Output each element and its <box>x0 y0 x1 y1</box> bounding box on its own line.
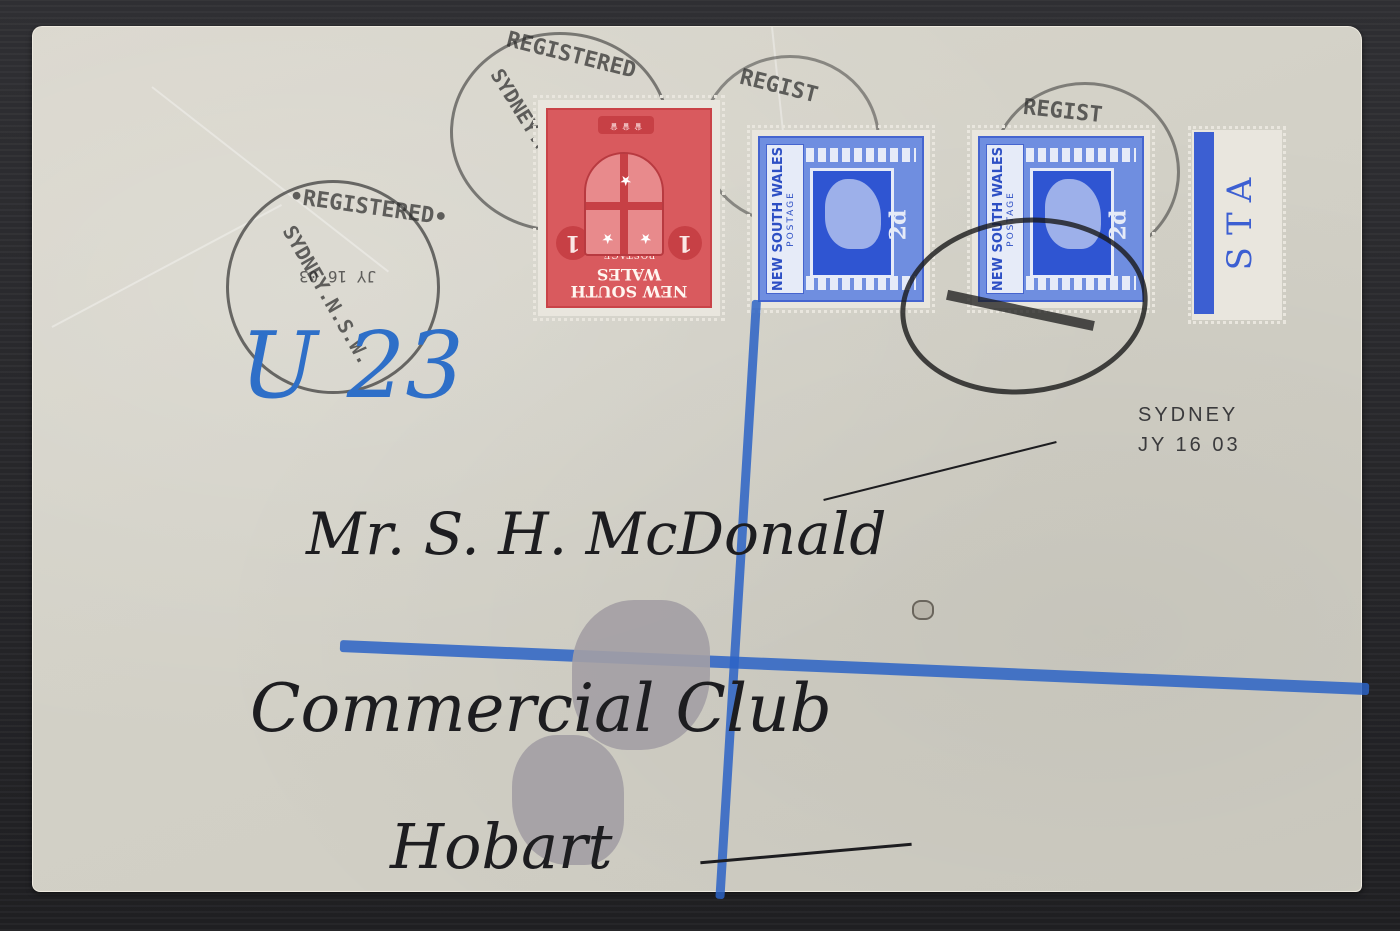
sheet-selvage: STA <box>1192 130 1282 320</box>
paper-hole <box>912 600 934 620</box>
stamp-side-panel: NEW SOUTH WALESPOSTAGE <box>766 144 804 294</box>
stamp-value: 2d <box>1106 210 1132 241</box>
selvage-bar <box>1194 132 1214 314</box>
stamp-design: NEW SOUTH WALESPOSTAGE 2d <box>758 136 924 302</box>
stamp-value-left: 1 <box>668 226 702 260</box>
address-city: Hobart <box>390 810 613 883</box>
wreath-border <box>806 148 916 162</box>
star-icon: ★ <box>639 230 652 246</box>
stamp-red-one-penny: NEW SOUTH WALES POSTAGE 1 1 ★ ★ ★ ♛ ♛ ♛ <box>538 100 720 316</box>
stamp-design: NEW SOUTH WALES POSTAGE 1 1 ★ ★ ★ ♛ ♛ ♛ <box>546 108 712 308</box>
selvage-text: STA <box>1220 166 1260 271</box>
address-recipient: Mr. S. H. McDonald <box>306 500 887 568</box>
pencil-date-note: SYDNEY JY 16 03 <box>1138 400 1241 460</box>
stamp-sub-label: POSTAGE <box>785 147 798 291</box>
postmark-arc-top: REGIST <box>737 65 820 108</box>
coat-of-arms-shield-icon <box>584 152 664 256</box>
stamp-country-text: NEW SOUTH WALESPOSTAGE <box>772 147 798 291</box>
pencil-note-city: SYDNEY <box>1138 400 1241 430</box>
stamp-value: 2d <box>886 210 912 241</box>
star-icon: ★ <box>601 230 614 246</box>
crown-icon: ♛ ♛ ♛ <box>598 116 654 134</box>
portrait-head <box>825 179 881 249</box>
registration-number: U 23 <box>240 312 464 419</box>
star-icon: ★ <box>619 172 632 188</box>
queen-portrait-icon <box>810 168 894 278</box>
address-organization: Commercial Club <box>250 670 832 747</box>
cancel-bar <box>946 290 1095 331</box>
postmark-arc-top: REGIST <box>1022 95 1104 128</box>
wreath-border <box>1026 148 1136 162</box>
pencil-note-date: JY 16 03 <box>1138 430 1241 460</box>
postmark-date: JY 16 03 <box>299 267 376 286</box>
stamp-blue-two-pence: NEW SOUTH WALESPOSTAGE 2d <box>752 130 930 308</box>
stamp-country-label: NEW SOUTH WALES <box>571 265 688 301</box>
wreath-border <box>806 276 916 290</box>
stamp-country-label: NEW SOUTH WALES <box>771 147 786 291</box>
